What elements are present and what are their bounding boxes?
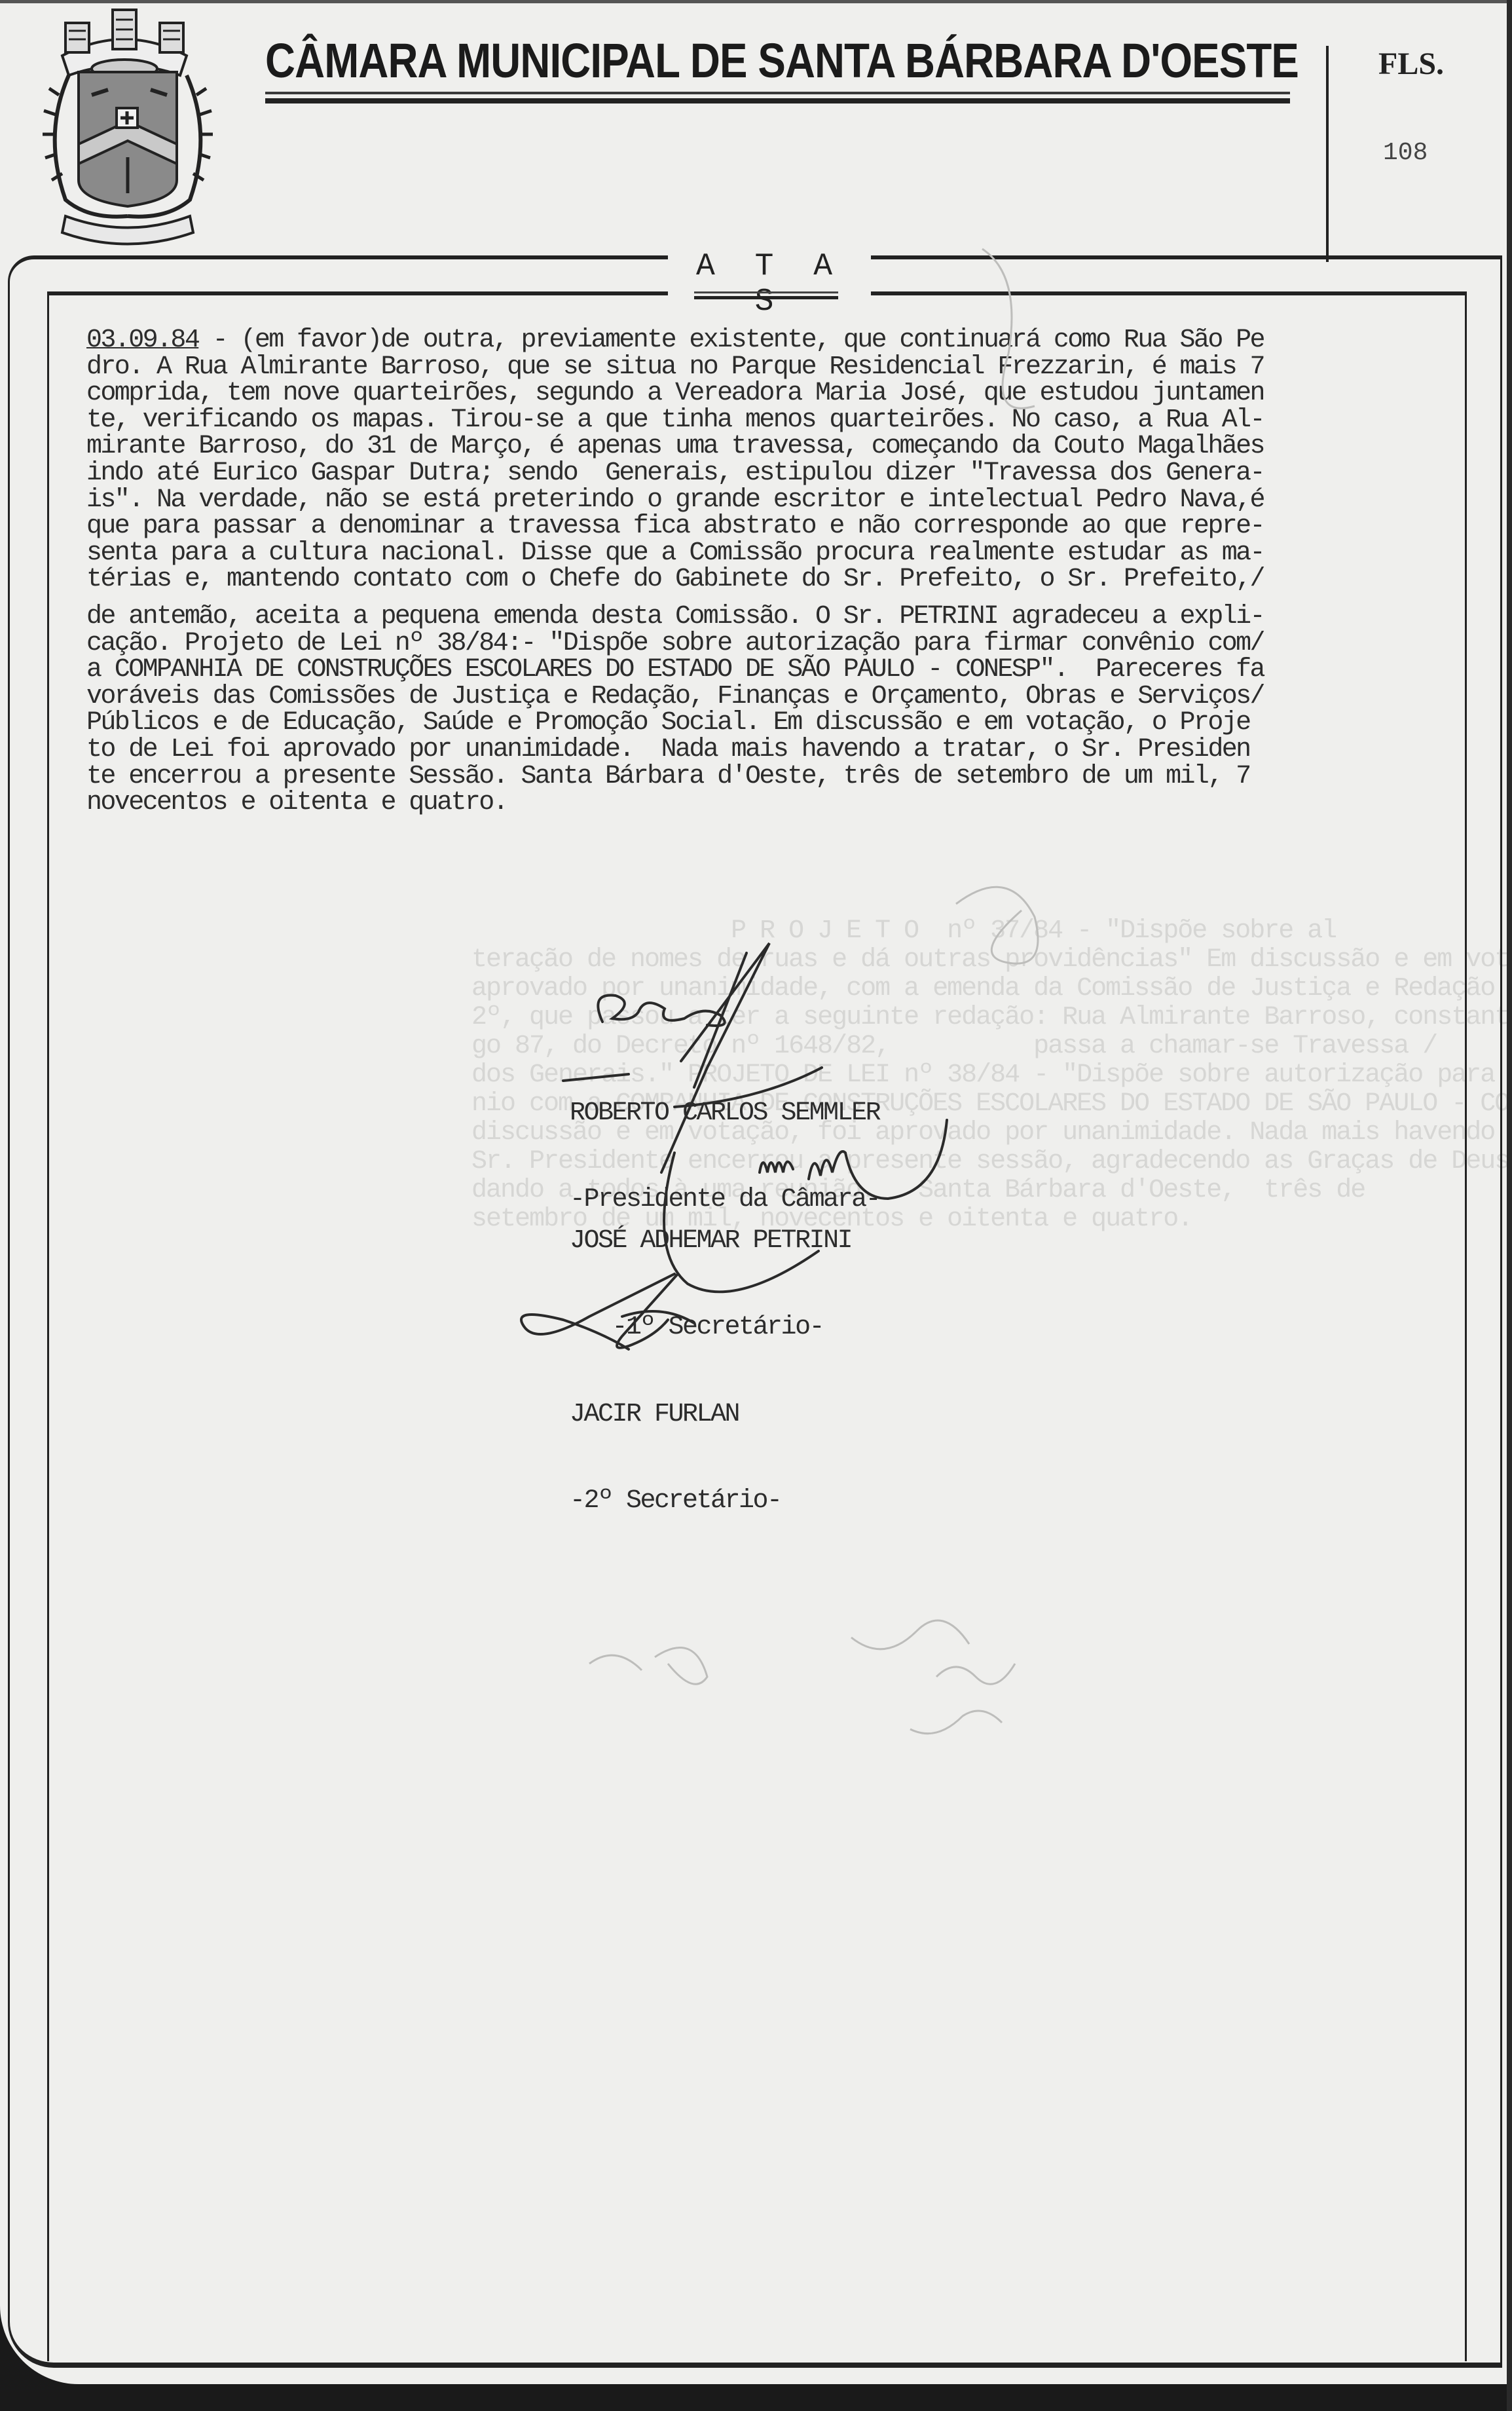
signature-first-secretary: JOSÉ ADHEMAR PETRINI -1º Secretário-: [570, 1169, 851, 1371]
minutes-line: térias e, mantendo contato com o Chefe d…: [86, 567, 1478, 593]
minutes-line: te, verificando os mapas. Tirou-se a que…: [86, 407, 1478, 434]
signature-second-secretary: JACIR FURLAN -2º Secretário-: [570, 1343, 781, 1544]
minutes-line: a COMPANHIA DE CONSTRUÇÕES ESCOLARES DO …: [86, 657, 1478, 684]
section-label-rule: [694, 291, 838, 293]
minutes-line: comprida, tem nove quarteirões, segundo …: [86, 381, 1478, 407]
signatory-name: ROBERTO CARLOS SEMMLER: [570, 1099, 879, 1128]
chamber-title: CÂMARA MUNICIPAL DE SANTA BÁRBARA D'OEST…: [265, 33, 1149, 88]
minutes-line: Públicos e de Educação, Saúde e Promoção…: [86, 710, 1478, 737]
minutes-line: 03.09.84 - (em favor)de outra, previamen…: [86, 327, 1478, 354]
section-label-rule: [694, 296, 838, 299]
minutes-line: mirante Barroso, do 31 de Março, é apena…: [86, 434, 1478, 460]
minutes-line: to de Lei foi aprovado por unanimidade. …: [86, 737, 1478, 764]
header-rule: [265, 98, 1290, 103]
minutes-line: novecentos e oitenta e quatro.: [86, 790, 1478, 817]
minutes-body: 03.09.84 - (em favor)de outra, previamen…: [86, 327, 1478, 817]
folio-number: 108: [1383, 139, 1428, 167]
minutes-line: is". Na verdade, não se está preterindo …: [86, 487, 1478, 514]
minutes-line: voráveis das Comissões de Justiça e Reda…: [86, 684, 1478, 711]
signatory-name: JOSÉ ADHEMAR PETRINI: [570, 1227, 851, 1256]
minutes-line: senta para a cultura nacional. Disse que…: [86, 540, 1478, 567]
section-label: A T A S: [684, 249, 855, 320]
municipal-crest-icon: [29, 3, 219, 246]
header-rule: [265, 92, 1290, 94]
folio-label: FLS.: [1378, 46, 1444, 82]
minutes-line: que para passar a denominar a travessa f…: [86, 514, 1478, 540]
page-top-edge: [0, 0, 1512, 3]
signatory-name: JACIR FURLAN: [570, 1400, 781, 1429]
minutes-line: indo até Eurico Gaspar Dutra; sendo Gene…: [86, 460, 1478, 487]
minutes-line: de antemão, aceita a pequena emenda dest…: [86, 604, 1478, 631]
signatory-role: -1º Secretário-: [570, 1313, 851, 1342]
minutes-line: cação. Projeto de Lei nº 38/84:- "Dispõe…: [86, 631, 1478, 658]
signatory-role: -2º Secretário-: [570, 1487, 781, 1516]
minutes-line: dro. A Rua Almirante Barroso, que se sit…: [86, 354, 1478, 381]
folio-divider: [1326, 46, 1329, 262]
minutes-line: te encerrou a presente Sessão. Santa Bár…: [86, 764, 1478, 791]
page-edge: [1507, 0, 1512, 2411]
minutes-date: 03.09.84: [86, 326, 198, 355]
